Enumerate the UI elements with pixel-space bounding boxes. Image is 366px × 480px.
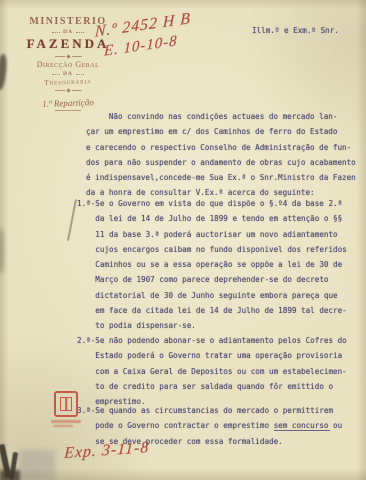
scan-ink-mark <box>9 452 18 480</box>
scan-smudge <box>0 54 8 91</box>
body-question-2: 2.ª-Se não podendo abonar-se o adiantame… <box>77 333 347 409</box>
ornament-diamond <box>66 88 70 92</box>
ornament-rule <box>52 74 60 75</box>
ornament-rule <box>76 74 84 75</box>
pencil-margin-mark <box>67 199 76 241</box>
scan-ink-mark <box>0 470 20 480</box>
stamp-caption-line <box>53 425 73 428</box>
ornament-divider <box>22 89 114 92</box>
letterhead-da1: DA <box>63 29 73 35</box>
letterhead-office: Thesouraria <box>22 76 114 87</box>
stamp-caption-line <box>51 420 81 423</box>
scan-smudge <box>0 228 4 274</box>
body-question-1: 1.ª-Se o Governo em vista do que dispõe … <box>77 196 347 334</box>
letterhead-da2: DA <box>63 71 73 77</box>
letterhead-section: 1.ª Repartição <box>22 96 114 109</box>
ornament-rule <box>72 56 82 57</box>
ornament-rule <box>55 90 65 91</box>
ornament-rule <box>76 32 84 33</box>
scan-grey-patch <box>19 450 55 480</box>
ornament-diamond <box>66 54 70 58</box>
ornament-rule <box>52 32 60 33</box>
sem-concurso-underline <box>274 430 330 431</box>
ornament-rule <box>55 110 81 111</box>
scanned-letter-page: MINISTERIO DA FAZENDA Direcção Geral DA … <box>0 0 366 480</box>
archive-stamp-icon <box>54 391 81 427</box>
body-opening-paragraph: Não convindo nas condições actuaes do me… <box>86 109 356 201</box>
recipient-salutation: Illm.º e Exm.º Snr. <box>252 23 339 38</box>
ornament-rule <box>72 90 82 91</box>
scan-ink-mark <box>0 444 11 479</box>
stamp-inner-glyph <box>60 397 72 411</box>
stamp-outer-square <box>54 391 78 417</box>
ornament-rule <box>55 56 65 57</box>
